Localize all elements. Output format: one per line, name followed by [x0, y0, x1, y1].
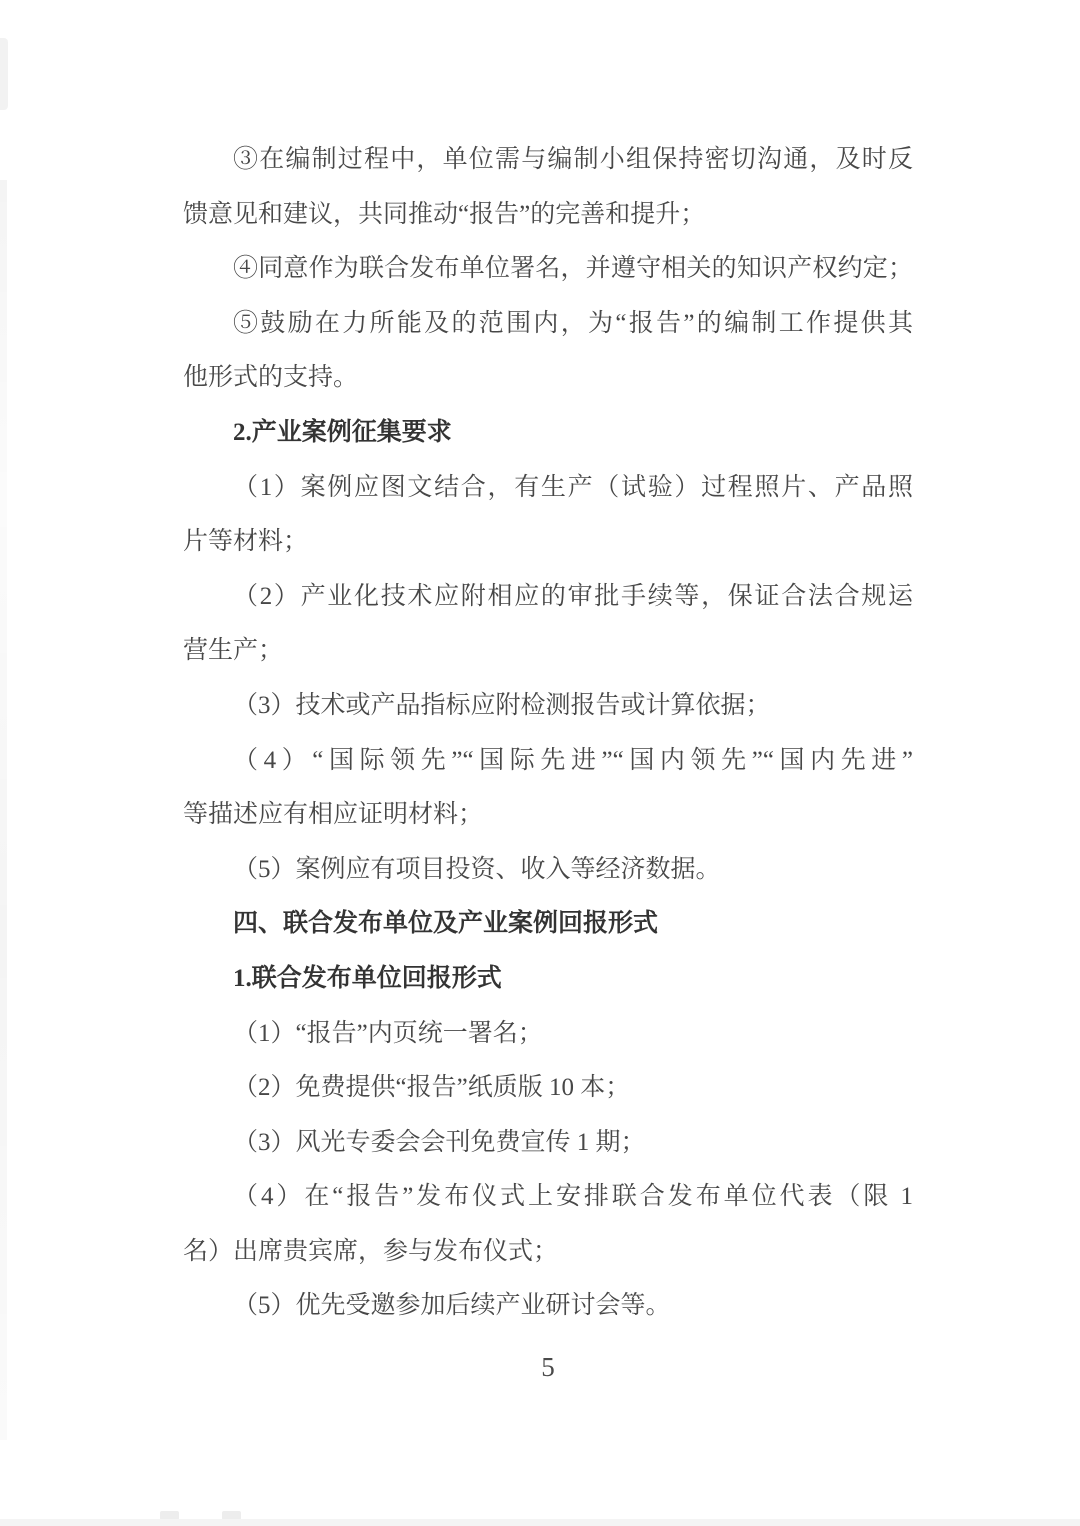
text-line: （5）案例应有项目投资、收入等经济数据。: [183, 843, 913, 898]
document-body: ③在编制过程中，单位需与编制小组保持密切沟通，及时反馈意见和建议，共同推动“报告…: [183, 133, 913, 1334]
text-line: ④同意作为联合发布单位署名，并遵守相关的知识产权约定；: [183, 242, 913, 297]
scan-artifact-bottom-band: [0, 1519, 1080, 1526]
text-line: （2）产业化技术应附相应的审批手续等，保证合法合规运: [183, 570, 913, 625]
text-line: 名）出席贵宾席，参与发布仪式；: [183, 1225, 913, 1280]
text-line: 片等材料；: [183, 515, 913, 570]
text-line: 他形式的支持。: [183, 351, 913, 406]
scan-artifact-left-edge: [0, 180, 7, 1440]
text-line: 等描述应有相应证明材料；: [183, 788, 913, 843]
heading-line: 四、联合发布单位及产业案例回报形式: [183, 897, 913, 952]
document-page: ③在编制过程中，单位需与编制小组保持密切沟通，及时反馈意见和建议，共同推动“报告…: [0, 0, 1080, 1526]
text-line: （4）在“报告”发布仪式上安排联合发布单位代表（限 1: [183, 1170, 913, 1225]
text-line: ⑤鼓励在力所能及的范围内，为“报告”的编制工作提供其: [183, 297, 913, 352]
text-line: （2）免费提供“报告”纸质版 10 本；: [183, 1061, 913, 1116]
text-line: （4）“国际领先”“国际先进”“国内领先”“国内先进”: [183, 734, 913, 789]
text-line: 馈意见和建议，共同推动“报告”的完善和提升；: [183, 188, 913, 243]
text-line: （1）“报告”内页统一署名；: [183, 1007, 913, 1062]
text-line: （5）优先受邀参加后续产业研讨会等。: [183, 1279, 913, 1334]
text-line: ③在编制过程中，单位需与编制小组保持密切沟通，及时反: [183, 133, 913, 188]
heading-line: 2.产业案例征集要求: [183, 406, 913, 461]
text-line: （3）风光专委会会刊免费宣传 1 期；: [183, 1116, 913, 1171]
text-line: 营生产；: [183, 624, 913, 679]
scan-artifact-top-left: [0, 38, 8, 110]
page-number: 5: [183, 1352, 913, 1383]
text-line: （1）案例应图文结合，有生产（试验）过程照片、产品照: [183, 461, 913, 516]
text-line: （3）技术或产品指标应附检测报告或计算依据；: [183, 679, 913, 734]
heading-line: 1.联合发布单位回报形式: [183, 952, 913, 1007]
